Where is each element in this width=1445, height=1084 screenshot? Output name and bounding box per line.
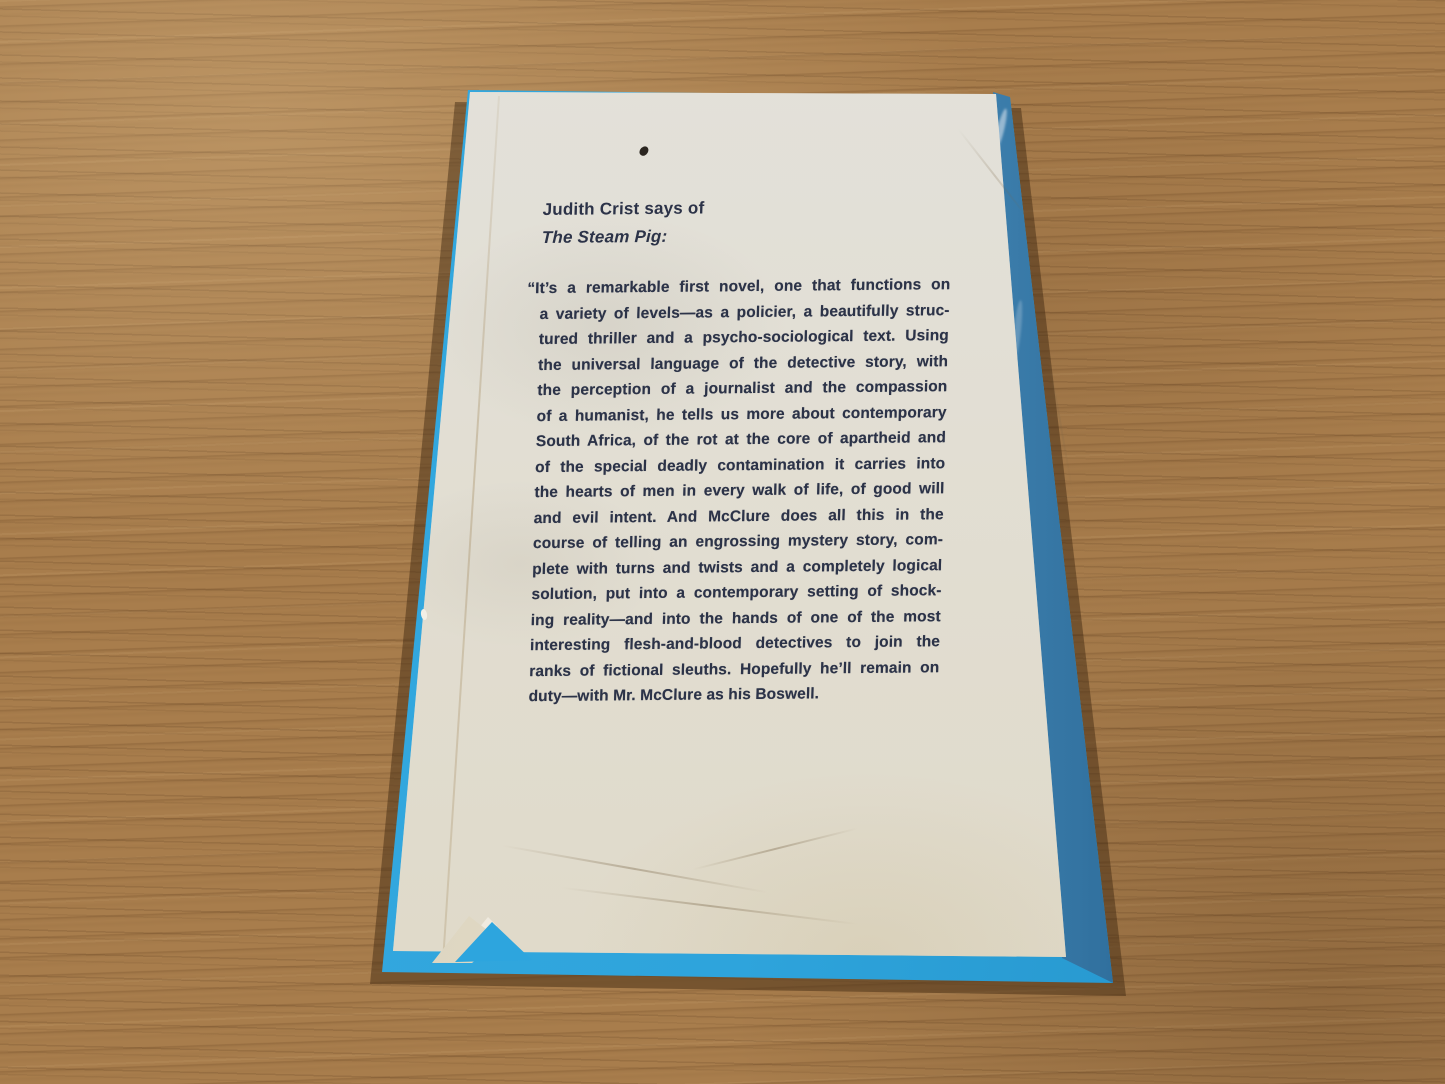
- quote-line: the perception of a journalist and the c…: [537, 374, 948, 403]
- review-quote: “It’s a remarkable first novel, one that…: [528, 272, 950, 710]
- quote-line: a variety of levels—as a policier, a bea…: [539, 298, 950, 327]
- quote-line: solution, put into a contemporary settin…: [531, 578, 942, 607]
- quote-line: duty—with Mr. McClure as his Boswell.: [528, 680, 939, 709]
- quote-line: South Africa, of the rot at the core of …: [536, 425, 947, 454]
- quote-line: ing reality—and into the hands of one of…: [530, 604, 941, 633]
- quote-line: tured thriller and a psycho-sociological…: [538, 323, 949, 352]
- quote-line: the universal language of the detective …: [538, 349, 949, 378]
- quote-line: plete with turns and twists and a comple…: [532, 553, 943, 582]
- quote-line: interesting flesh-and-blood detectives t…: [530, 629, 941, 658]
- quote-line: the hearts of men in every walk of life,…: [534, 476, 945, 505]
- quote-line: “It’s a remarkable first novel, one that…: [540, 272, 951, 301]
- quote-line: course of telling an engrossing mystery …: [533, 527, 944, 556]
- book-title-italic: The Steam Pig:: [541, 220, 952, 252]
- quote-line: of the special deadly contamination it c…: [535, 451, 946, 480]
- back-cover-text: Judith Crist says of The Steam Pig: “It’…: [528, 192, 953, 710]
- quote-line: ranks of fictional sleuths. Hopefully he…: [529, 655, 940, 684]
- quote-line: and evil intent. And McClure does all th…: [533, 502, 944, 531]
- attribution-line: Judith Crist says of: [542, 192, 953, 224]
- table-surface: Judith Crist says of The Steam Pig: “It’…: [0, 0, 1445, 1084]
- quote-line: of a humanist, he tells us more about co…: [536, 400, 947, 429]
